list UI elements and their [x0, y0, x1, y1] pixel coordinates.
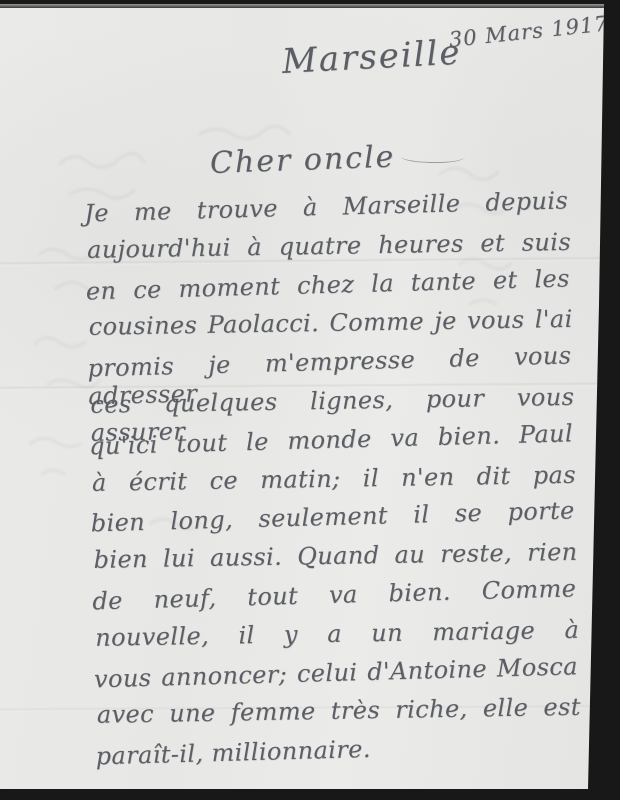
letter-body: Je me trouve à Marseille depuis aujourd'…: [84, 188, 580, 780]
letter-paper: Marseille 30 Mars 1917 Cher oncle Je me …: [0, 4, 608, 789]
scanned-letter-page: Marseille 30 Mars 1917 Cher oncle Je me …: [0, 0, 620, 800]
